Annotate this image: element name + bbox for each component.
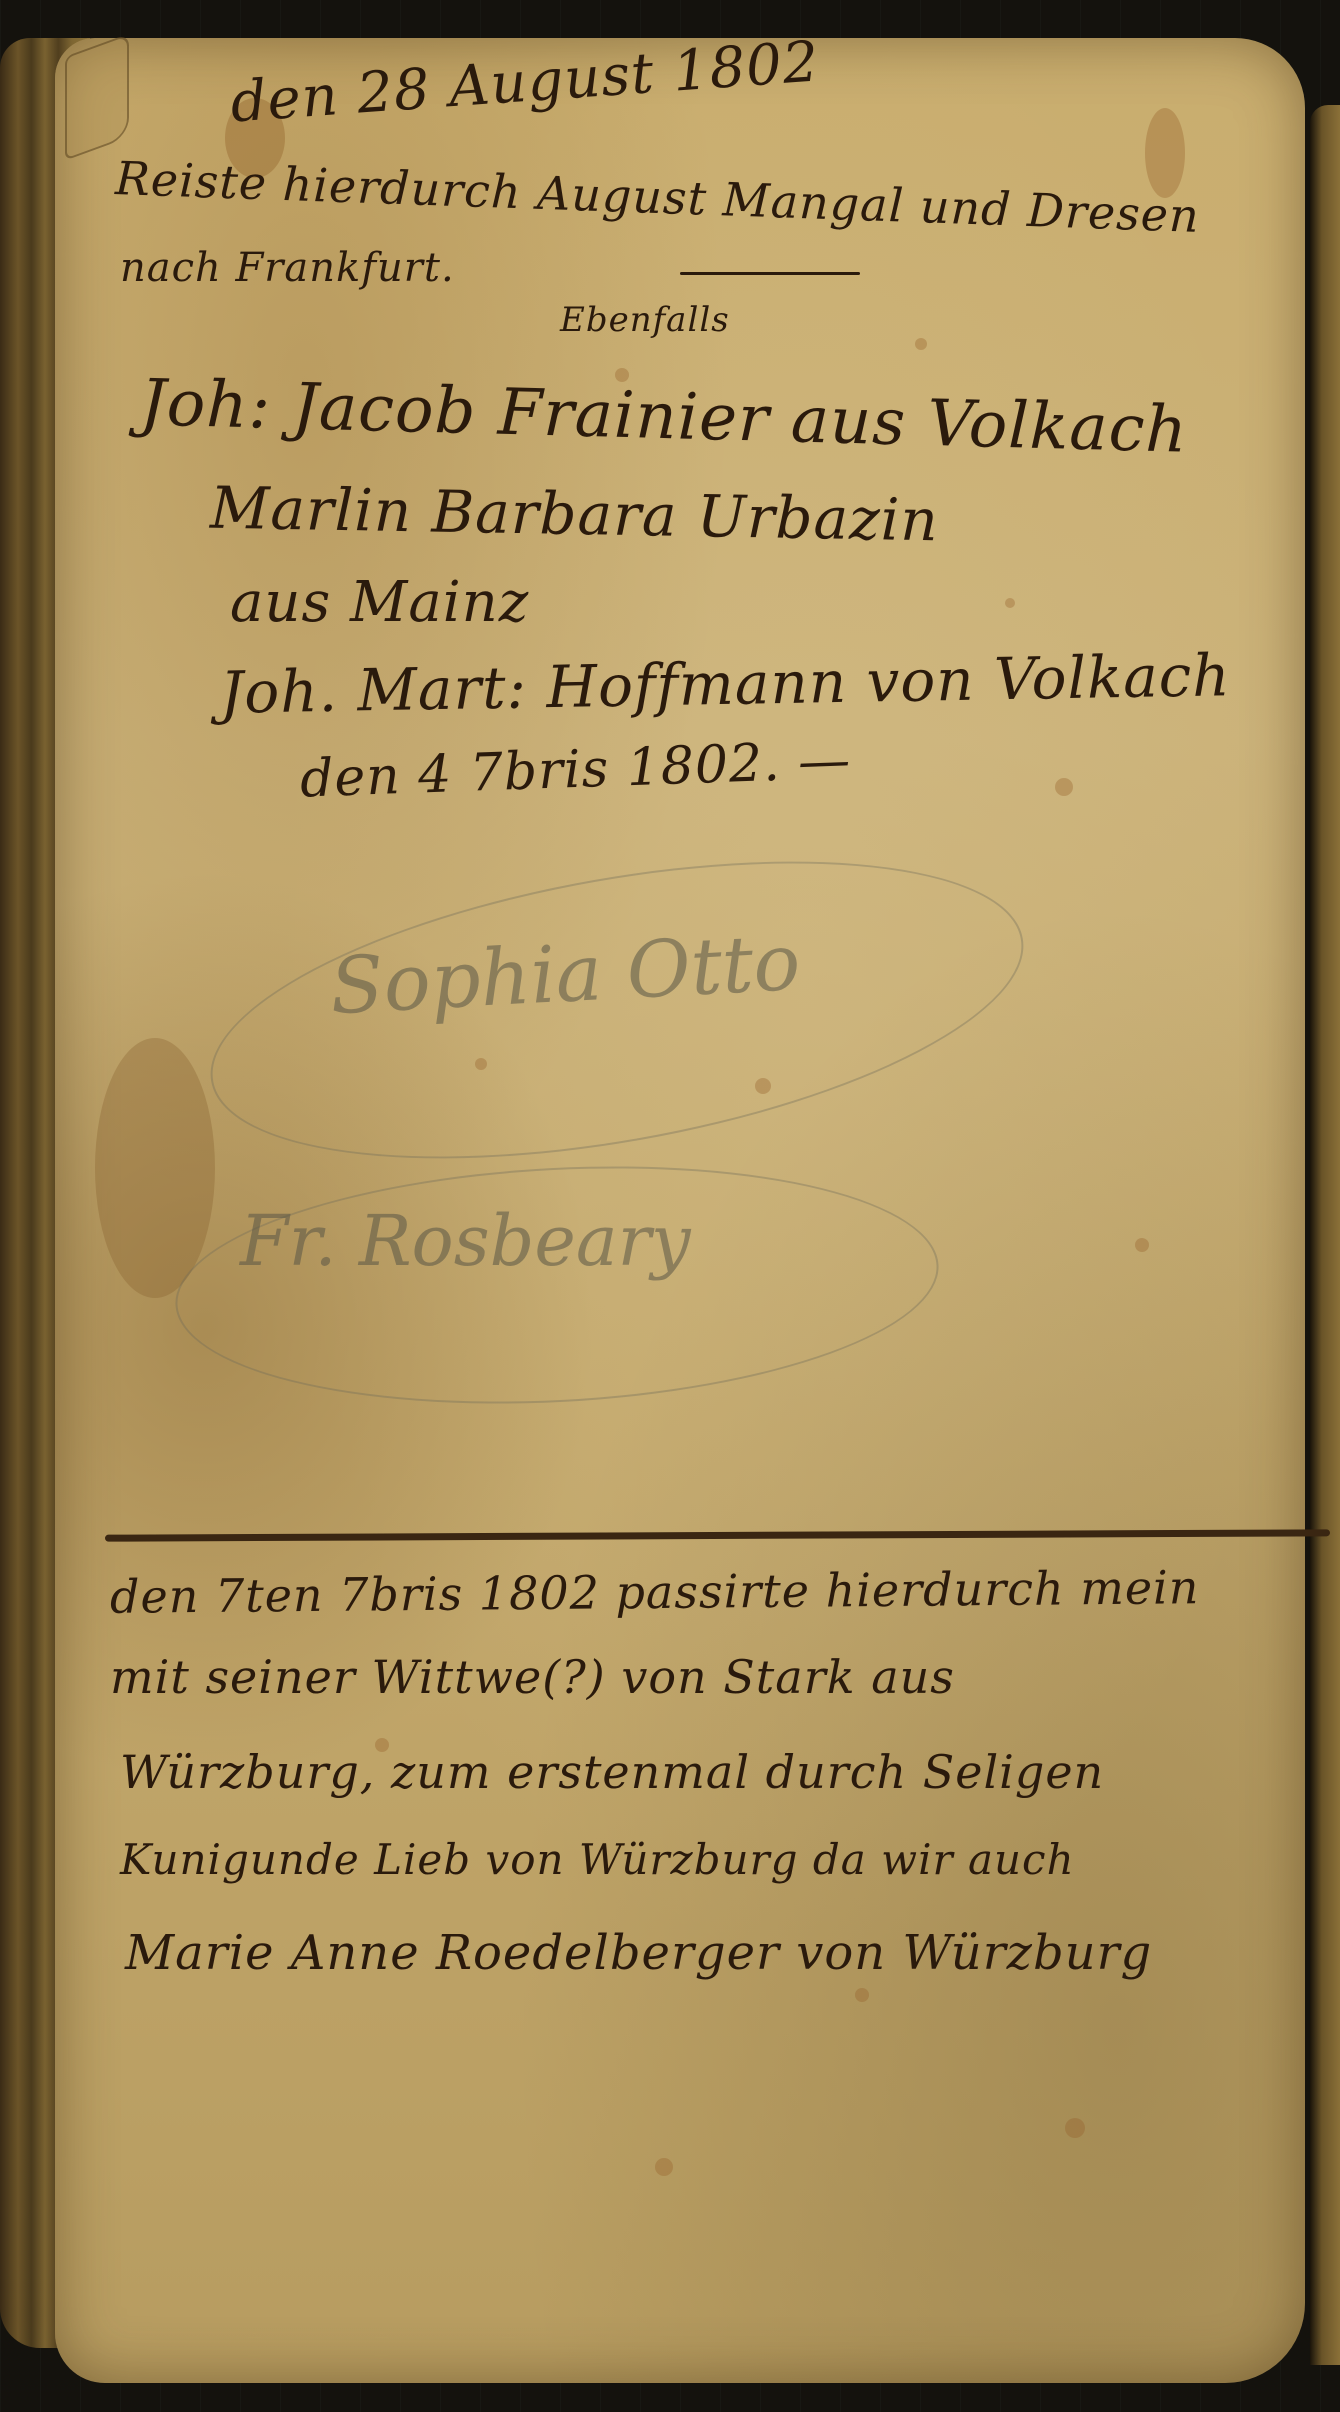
pencil-note-2: Fr. Rosbeary <box>240 1200 691 1282</box>
stain <box>1005 598 1015 608</box>
entry-3-line-1: den 7ten 7bris 1802 passirte hierdurch m… <box>110 1560 1200 1624</box>
manuscript-scan: den 28 August 1802 Reiste hierdurch Augu… <box>0 0 1340 2412</box>
entry-2-line-2: Marlin Barbara Urbazin <box>209 474 939 555</box>
stain <box>655 2158 673 2176</box>
entry-3-line-5: Marie Anne Roedelberger von Würzburg <box>125 1925 1152 1981</box>
entry-3-line-2: mit seiner Wittwe(?) von Stark aus <box>110 1650 955 1704</box>
stain <box>1055 778 1073 796</box>
entry-3-line-4: Kunigunde Lieb von Würzburg da wir auch <box>120 1835 1075 1884</box>
entry-1-annotation: Ebenfalls <box>560 300 730 340</box>
stain <box>1135 1238 1149 1252</box>
entry-1-line-3: nach Frankfurt. <box>120 245 455 291</box>
pencil-flourish <box>169 1148 944 1422</box>
entry-2-line-3: aus Mainz <box>230 570 529 635</box>
entry-3-line-3: Würzburg, zum erstenmal durch Seligen <box>120 1745 1104 1799</box>
stain <box>855 1988 869 2002</box>
stain <box>95 1038 215 1298</box>
stain <box>1145 108 1185 198</box>
entry-1-rule <box>680 272 860 275</box>
stain <box>1065 2118 1085 2138</box>
facing-page-edge <box>1310 105 1340 2365</box>
stain <box>915 338 927 350</box>
